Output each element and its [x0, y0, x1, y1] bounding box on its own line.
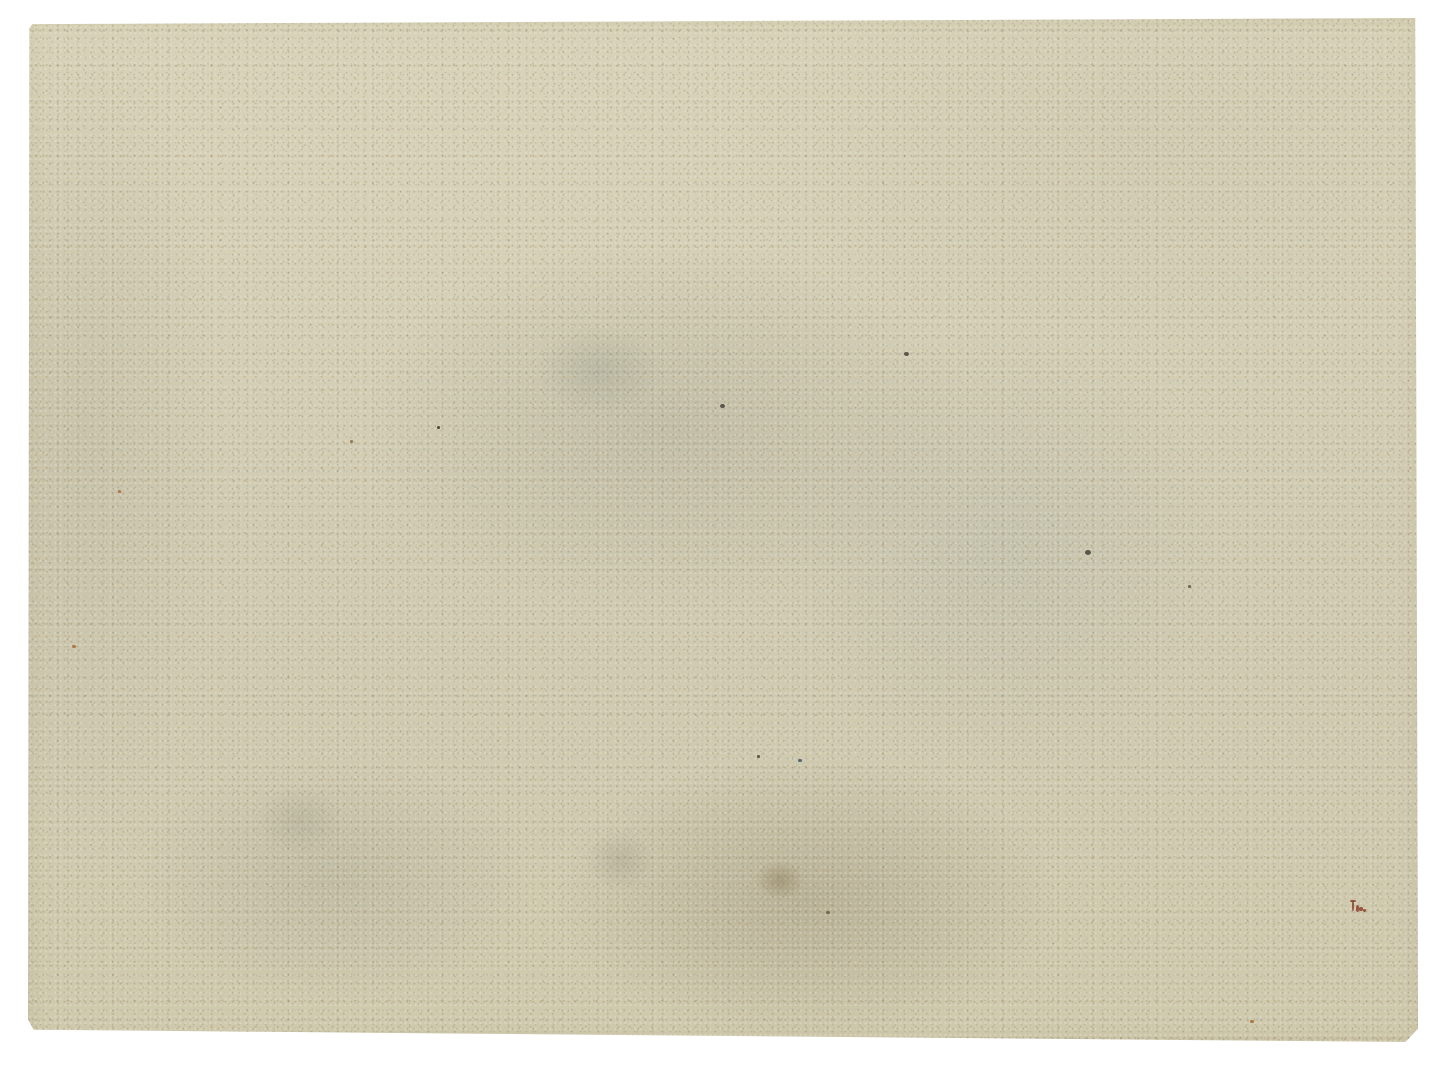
paper-stain	[585, 830, 655, 890]
paper-speck	[720, 404, 725, 408]
paper-stain	[755, 860, 805, 900]
paper-speck	[118, 490, 121, 493]
paper-stain	[535, 325, 665, 415]
paper-speck	[72, 645, 76, 648]
paper-speck	[904, 352, 909, 356]
paper-stain	[255, 785, 345, 855]
aged-paper-sheet: Photograph of a blank sheet of aged, tex…	[28, 18, 1418, 1042]
paper-speck	[1085, 550, 1091, 555]
photo-canvas: Photograph of a blank sheet of aged, tex…	[0, 0, 1452, 1067]
paper-speck	[826, 911, 830, 914]
paper-speck	[350, 440, 353, 443]
paper-speck	[757, 755, 760, 758]
paper-speck	[1250, 1020, 1254, 1023]
paper-speck	[798, 759, 802, 762]
red-ink-mark	[1350, 900, 1366, 914]
paper-speck	[1188, 585, 1191, 588]
paper-speck	[437, 426, 440, 429]
